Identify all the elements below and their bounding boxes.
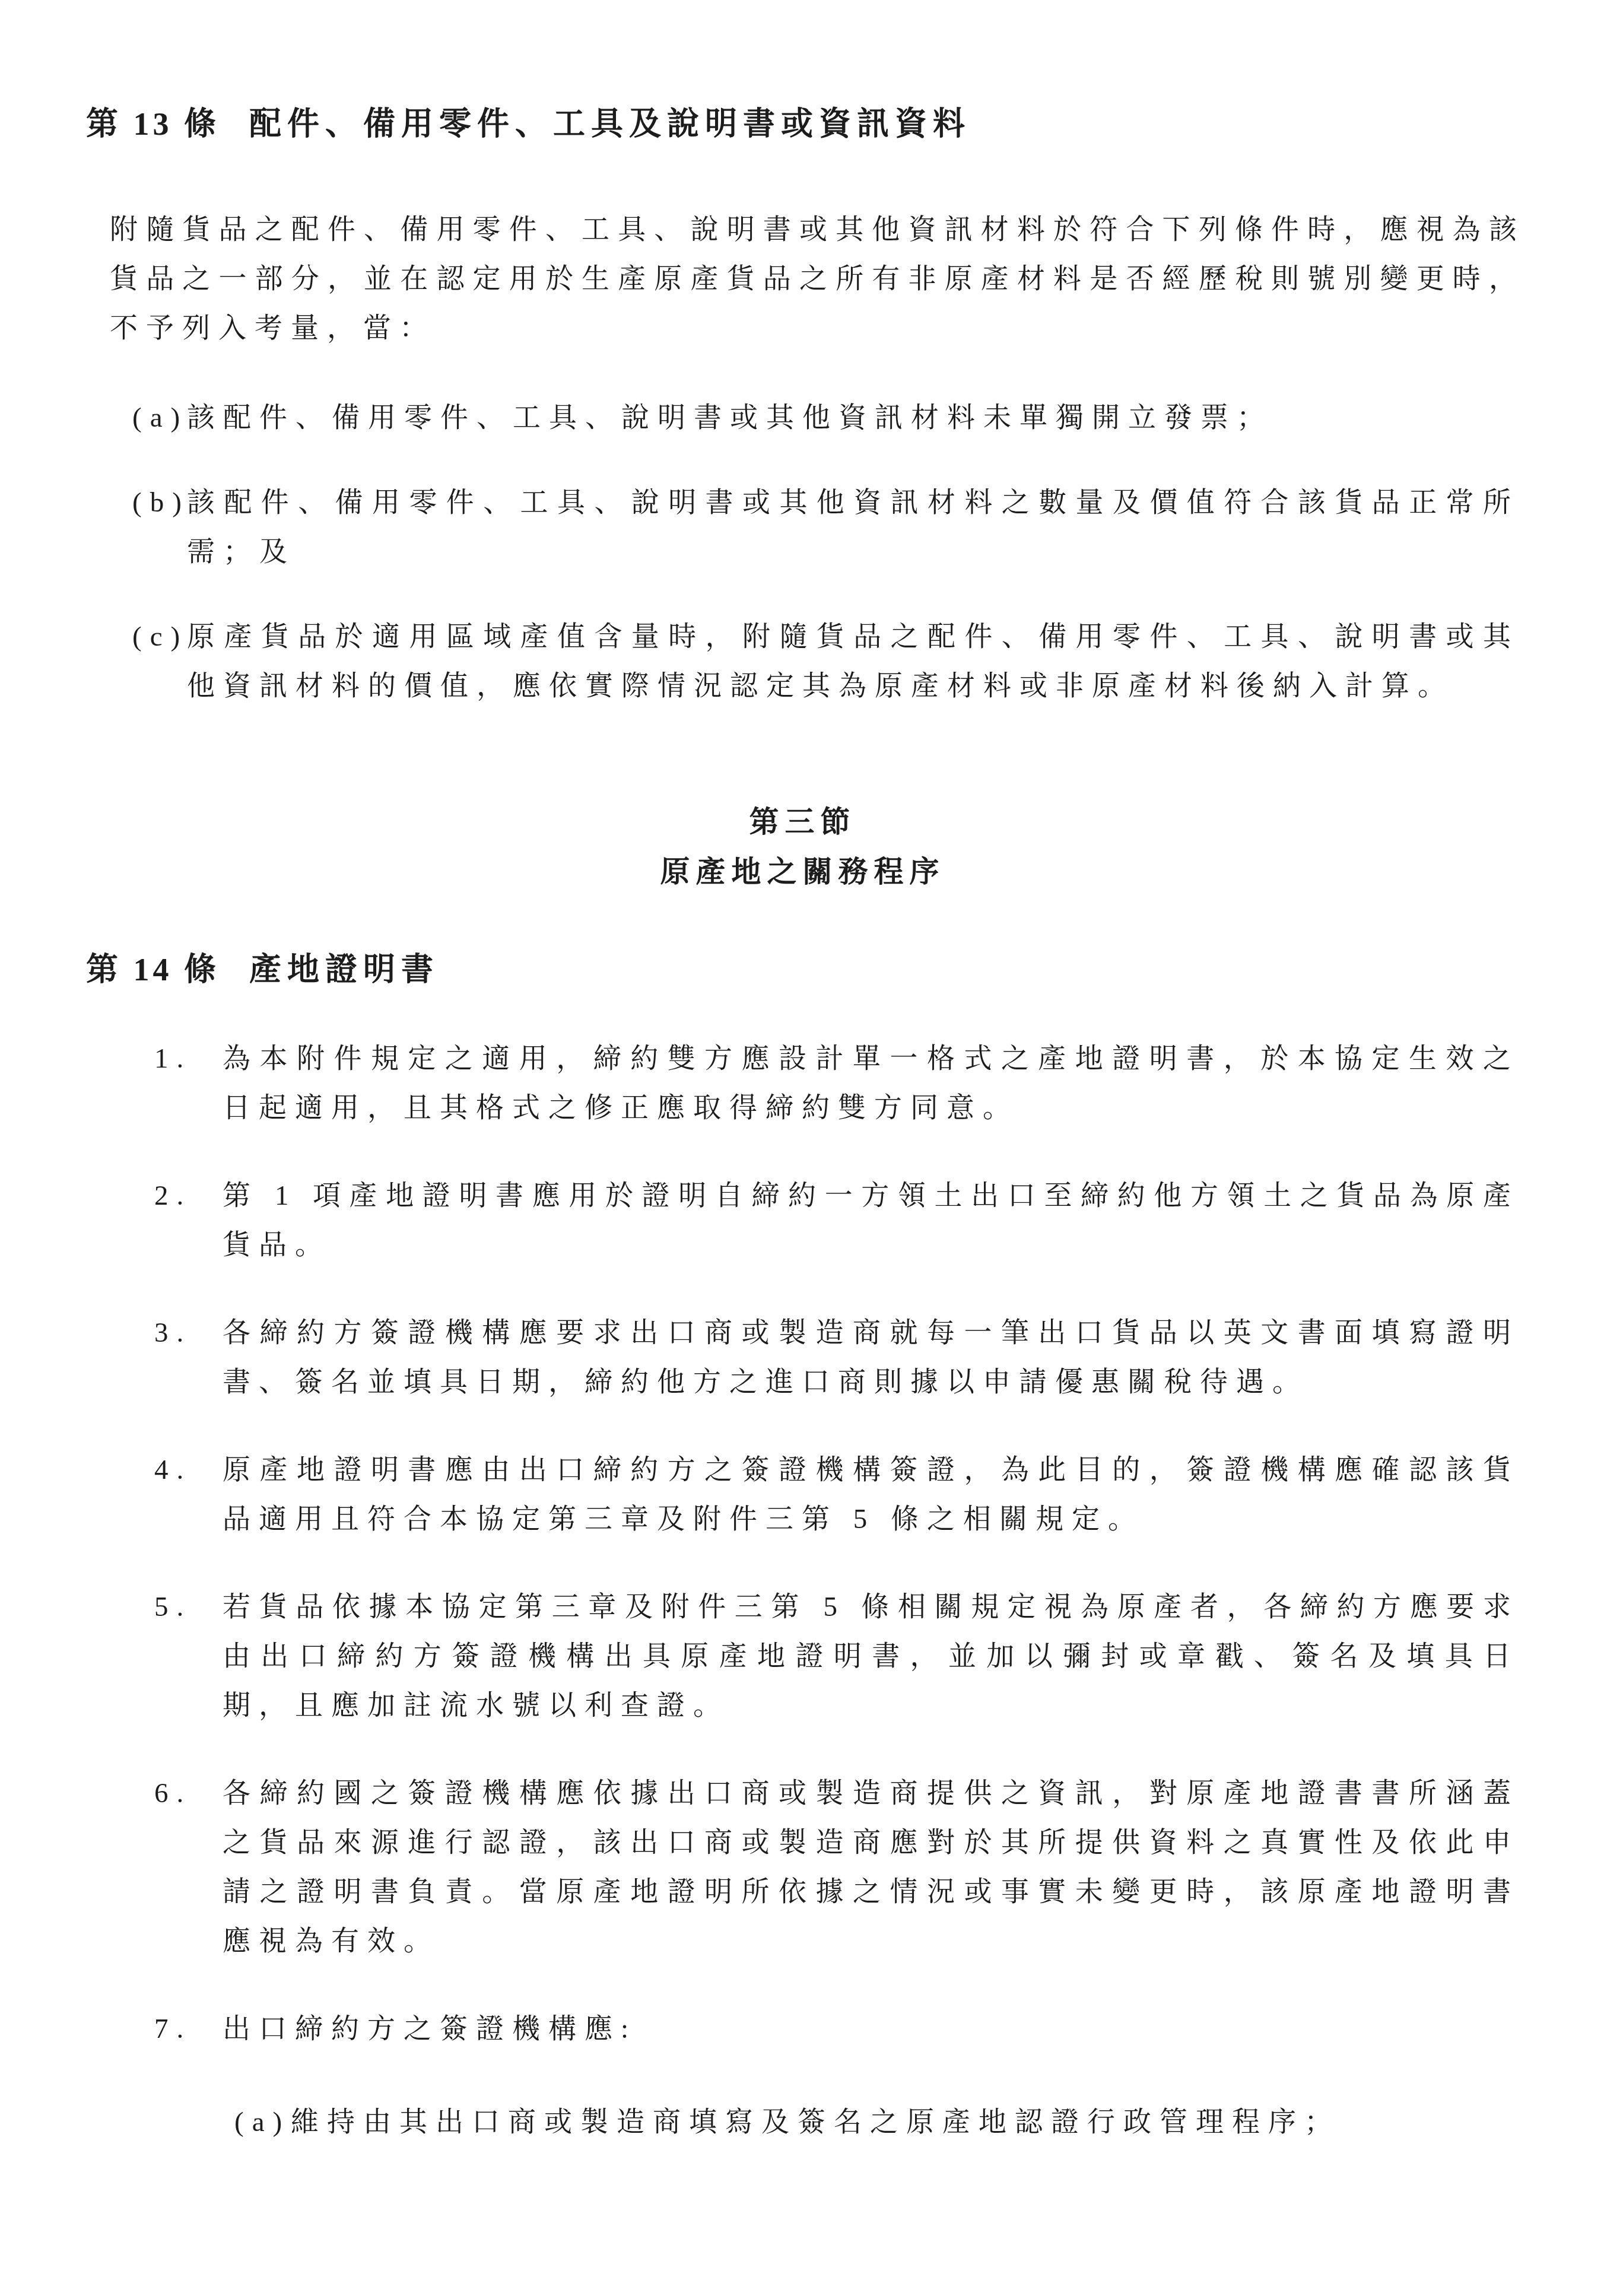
list-item: 2. 第 1 項產地證明書應用於證明自締約一方領土出口至締約他方領土之貨品為原產… — [154, 1171, 1519, 1270]
list-item: (c) 原產貨品於適用區域產值含量時，附隨貨品之配件、備用零件、工具、說明書或其… — [132, 612, 1519, 711]
list-item: (a) 該配件、備用零件、工具、說明書或其他資訊材料未單獨開立發票； — [132, 393, 1519, 443]
section-3-number: 第三節 — [86, 797, 1519, 847]
article-13-item-list: (a) 該配件、備用零件、工具、說明書或其他資訊材料未單獨開立發票； (b) 該… — [86, 393, 1519, 711]
item-text: 第 1 項產地證明書應用於證明自締約一方領土出口至締約他方領土之貨品為原產貨品。 — [223, 1171, 1519, 1270]
item-text: 該配件、備用零件、工具、說明書或其他資訊材料之數量及價值符合該貨品正常所需；及 — [187, 478, 1519, 577]
item-text: 原產貨品於適用區域產值含量時，附隨貨品之配件、備用零件、工具、說明書或其他資訊材… — [187, 612, 1519, 711]
item-label: (a) — [234, 2098, 291, 2147]
item-number: 2. — [154, 1171, 223, 1270]
item-7-sub-list: (a) 維持由其出口商或製造商填寫及簽名之原產地認證行政管理程序； — [223, 2098, 1519, 2147]
item-text: 各締約國之簽證機構應依據出口商或製造商提供之資訊，對原產地證書書所涵蓋之貨品來源… — [223, 1769, 1519, 1966]
item-number: 3. — [154, 1309, 223, 1407]
section-3-title: 原產地之關務程序 — [86, 847, 1519, 897]
section-3-heading: 第三節 原產地之關務程序 — [86, 797, 1519, 897]
article-14-heading: 第 14 條 產地證明書 — [86, 945, 1519, 995]
item-number: 5. — [154, 1583, 223, 1730]
list-item: 1. 為本附件規定之適用，締約雙方應設計單一格式之產地證明書，於本協定生效之日起… — [154, 1034, 1519, 1133]
list-item: 6. 各締約國之簽證機構應依據出口商或製造商提供之資訊，對原產地證書書所涵蓋之貨… — [154, 1769, 1519, 1966]
list-item: 3. 各締約方簽證機構應要求出口商或製造商就每一筆出口貨品以英文書面填寫證明書、… — [154, 1309, 1519, 1407]
item-text: 維持由其出口商或製造商填寫及簽名之原產地認證行政管理程序； — [291, 2098, 1513, 2147]
item-text: 該配件、備用零件、工具、說明書或其他資訊材料未單獨開立發票； — [187, 393, 1519, 443]
item-label: (c) — [132, 612, 187, 711]
item-text: 為本附件規定之適用，締約雙方應設計單一格式之產地證明書，於本協定生效之日起適用，… — [223, 1034, 1519, 1133]
article-14-number: 第 14 條 — [86, 945, 249, 995]
list-item: (a) 維持由其出口商或製造商填寫及簽名之原產地認證行政管理程序； — [234, 2098, 1519, 2147]
article-13-number: 第 13 條 — [86, 100, 249, 149]
article-14-title: 產地證明書 — [249, 945, 439, 995]
item-label: (a) — [132, 393, 187, 443]
item-text: 原產地證明書應由出口締約方之簽證機構簽證，為此目的，簽證機構應確認該貨品適用且符… — [223, 1446, 1519, 1544]
item-7-body: 出口締約方之簽證機構應: (a) 維持由其出口商或製造商填寫及簽名之原產地認證行… — [223, 2005, 1519, 2147]
item-label: (b) — [132, 478, 187, 577]
item-number: 4. — [154, 1446, 223, 1544]
list-item: 4. 原產地證明書應由出口締約方之簽證機構簽證，為此目的，簽證機構應確認該貨品適… — [154, 1446, 1519, 1544]
item-number: 1. — [154, 1034, 223, 1133]
item-text: 各締約方簽證機構應要求出口商或製造商就每一筆出口貨品以英文書面填寫證明書、簽名並… — [223, 1309, 1519, 1407]
article-14-item-list: 1. 為本附件規定之適用，締約雙方應設計單一格式之產地證明書，於本協定生效之日起… — [86, 1034, 1519, 2147]
list-item: 7. 出口締約方之簽證機構應: (a) 維持由其出口商或製造商填寫及簽名之原產地… — [154, 2005, 1519, 2147]
item-number: 7. — [154, 2005, 223, 2147]
list-item: 5. 若貨品依據本協定第三章及附件三第 5 條相關規定視為原產者，各締約方應要求… — [154, 1583, 1519, 1730]
item-number: 6. — [154, 1769, 223, 1966]
document-page: 第 13 條 配件、備用零件、工具及說明書或資訊資料 附隨貨品之配件、備用零件、… — [0, 0, 1604, 2296]
article-13-heading: 第 13 條 配件、備用零件、工具及說明書或資訊資料 — [86, 100, 1519, 149]
article-13-intro-paragraph: 附隨貨品之配件、備用零件、工具、說明書或其他資訊材料於符合下列條件時，應視為該貨… — [110, 205, 1525, 353]
item-text: 若貨品依據本協定第三章及附件三第 5 條相關規定視為原產者，各締約方應要求由出口… — [223, 1583, 1519, 1730]
list-item: (b) 該配件、備用零件、工具、說明書或其他資訊材料之數量及價值符合該貨品正常所… — [132, 478, 1519, 577]
item-text: 出口締約方之簽證機構應: — [223, 2014, 637, 2044]
article-13-title: 配件、備用零件、工具及說明書或資訊資料 — [249, 100, 971, 149]
